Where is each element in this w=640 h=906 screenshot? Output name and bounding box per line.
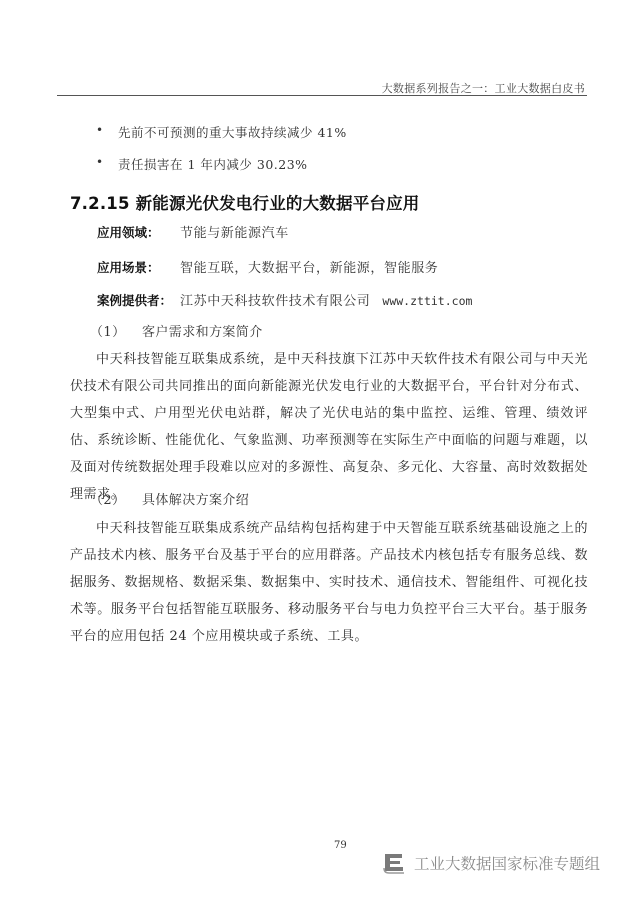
meta-label: 案例提供者： [97, 291, 180, 309]
bullet-text: 先前不可预测的重大事故持续减少 41% [118, 123, 347, 141]
provider-url[interactable]: www.zttit.com [382, 294, 472, 308]
subsection-heading: （1）客户需求和方案简介 [90, 321, 263, 340]
running-title: 大数据系列报告之一：工业大数据白皮书 [382, 80, 585, 96]
subsection-number: （2） [90, 489, 142, 508]
bullet-text: 责任损害在 1 年内减少 30.23% [118, 155, 308, 173]
section-heading: 7.2.15 新能源光伏发电行业的大数据平台应用 [70, 190, 420, 214]
book-logo-icon [382, 852, 406, 874]
watermark-text: 工业大数据国家标准专题组 [414, 852, 600, 874]
page-header: 大数据系列报告之一：工业大数据白皮书 [57, 80, 587, 96]
meta-value: 江苏中天科技软件技术有限公司 [180, 294, 370, 309]
bullet-dot-icon: • [96, 155, 103, 169]
meta-label: 应用领域： [97, 223, 180, 241]
bullet-dot-icon: • [96, 123, 103, 137]
subsection-number: （1） [90, 321, 142, 340]
subsection-title: 具体解决方案介绍 [142, 493, 249, 508]
paragraph: 中天科技智能互联集成系统，是中天科技旗下江苏中天软件技术有限公司与中天光伏技术有… [70, 346, 588, 508]
subsection-title: 客户需求和方案简介 [142, 325, 263, 340]
meta-label: 应用场景： [97, 258, 180, 276]
paragraph: 中天科技智能互联集成系统产品结构包括构建于中天智能互联系统基础设施之上的产品技术… [70, 515, 588, 650]
page-number: 79 [334, 840, 347, 851]
meta-value: 智能互联，大数据平台，新能源，智能服务 [180, 261, 438, 276]
meta-case-provider: 案例提供者：江苏中天科技软件技术有限公司www.zttit.com [97, 290, 472, 309]
watermark: 工业大数据国家标准专题组 [382, 852, 600, 874]
meta-value: 节能与新能源汽车 [180, 226, 289, 241]
meta-application-domain: 应用领域：节能与新能源汽车 [97, 222, 289, 241]
subsection-heading: （2）具体解决方案介绍 [90, 489, 249, 508]
meta-application-scenario: 应用场景：智能互联，大数据平台，新能源，智能服务 [97, 257, 438, 276]
